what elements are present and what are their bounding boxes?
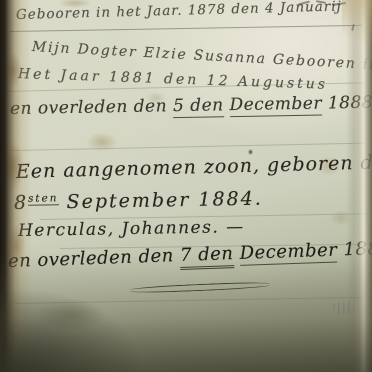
death-month-underlined: December (229, 94, 322, 118)
ruled-line (12, 143, 366, 151)
bottom-vignette (0, 252, 372, 372)
ruled-line (10, 25, 362, 32)
line-death-dec-5-1888: en overleden den 5 den December 1888. (10, 93, 372, 119)
death-text: en overleden den (10, 96, 173, 119)
paper-stain (86, 132, 118, 152)
death-day-underlined: 5 den (173, 95, 224, 118)
line-adopted-son: Een aangenomen zoon, geboren den (16, 151, 372, 183)
date-rest: September 1884. (58, 188, 263, 214)
register-page-photo: Gebooren in het Jaar. 1878 den 4 Januari… (0, 0, 372, 372)
top-right-corner-shading (342, 0, 372, 60)
line-date-sep-1884: 8sten September 1884. (14, 188, 263, 214)
